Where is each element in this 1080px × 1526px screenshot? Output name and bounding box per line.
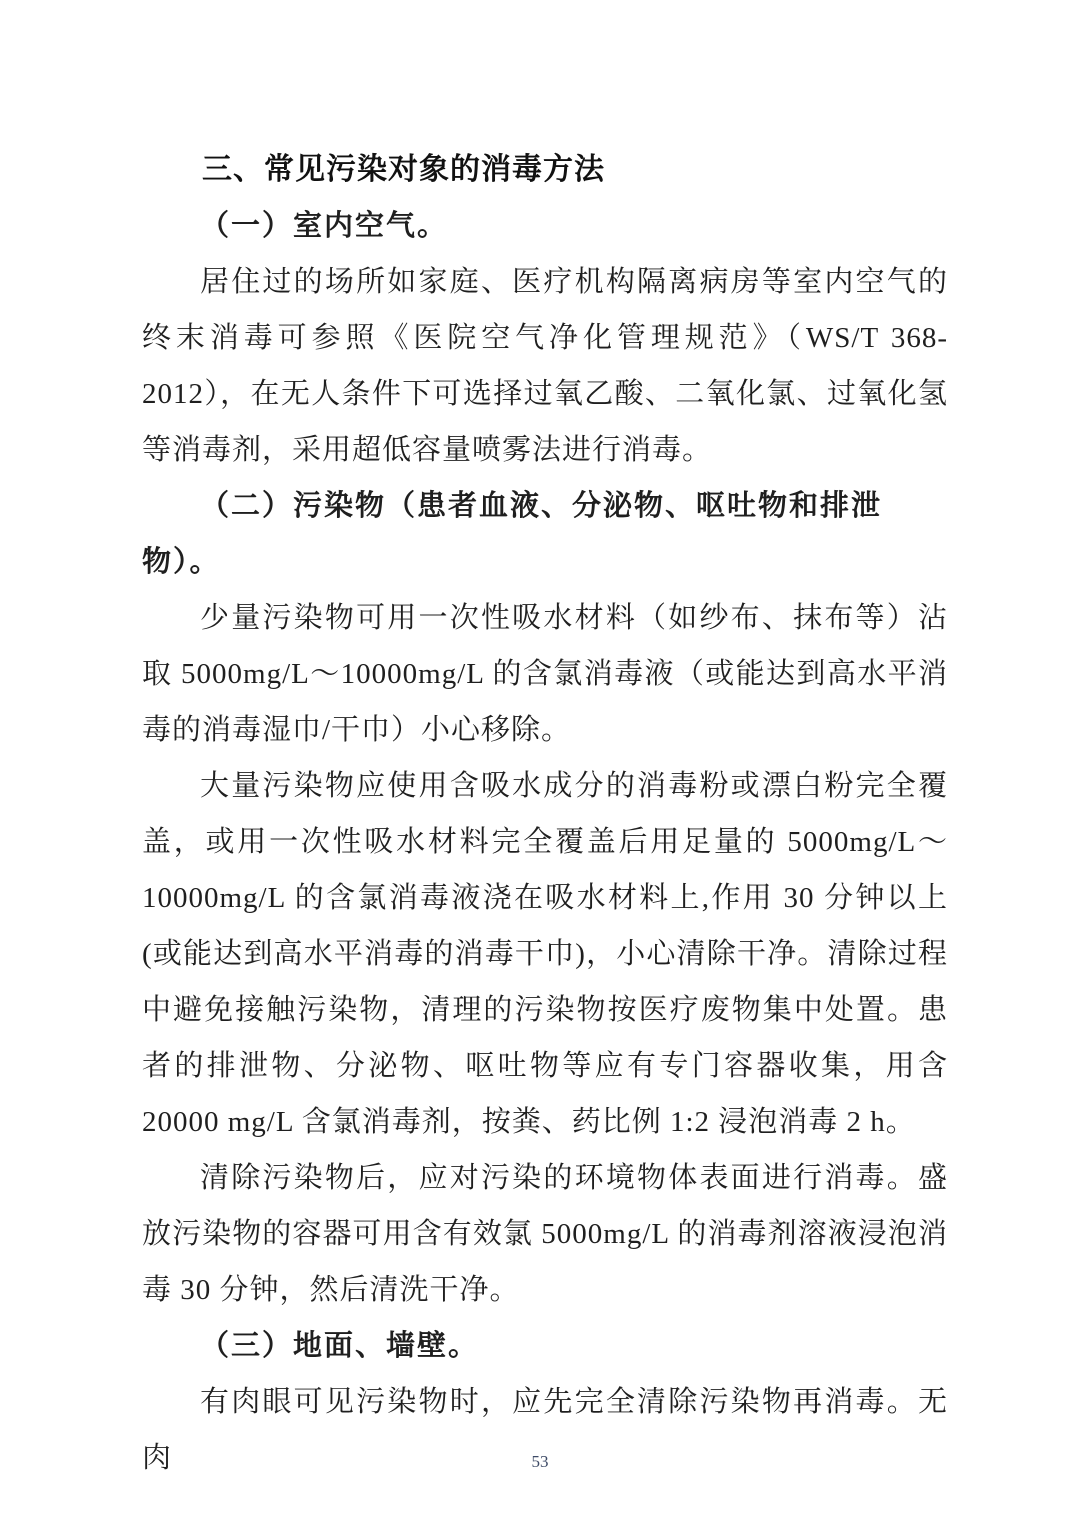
paragraph-small-amount-pollutant: 少量污染物可用一次性吸水材料（如纱布、抹布等）沾取 5000mg/L～10000… bbox=[142, 590, 948, 758]
subsection-heading-floor-wall: （三）地面、墙壁。 bbox=[142, 1318, 948, 1374]
paragraph-large-amount-pollutant: 大量污染物应使用含吸水成分的消毒粉或漂白粉完全覆盖，或用一次性吸水材料完全覆盖后… bbox=[142, 758, 948, 1150]
paragraph-surface-disinfection: 清除污染物后，应对污染的环境物体表面进行消毒。盛放污染物的容器可用含有效氯 50… bbox=[142, 1150, 948, 1318]
document-page: 三、常见污染对象的消毒方法 （一）室内空气。 居住过的场所如家庭、医疗机构隔离病… bbox=[142, 142, 948, 1486]
paragraph-indoor-air: 居住过的场所如家庭、医疗机构隔离病房等室内空气的终末消毒可参照《医院空气净化管理… bbox=[142, 254, 948, 478]
page-number: 53 bbox=[0, 1452, 1080, 1472]
subsection-heading-pollutants: （二）污染物（患者血液、分泌物、呕吐物和排泄物）。 bbox=[142, 478, 948, 590]
subsection-heading-indoor-air: （一）室内空气。 bbox=[142, 198, 948, 254]
section-heading: 三、常见污染对象的消毒方法 bbox=[142, 142, 948, 198]
